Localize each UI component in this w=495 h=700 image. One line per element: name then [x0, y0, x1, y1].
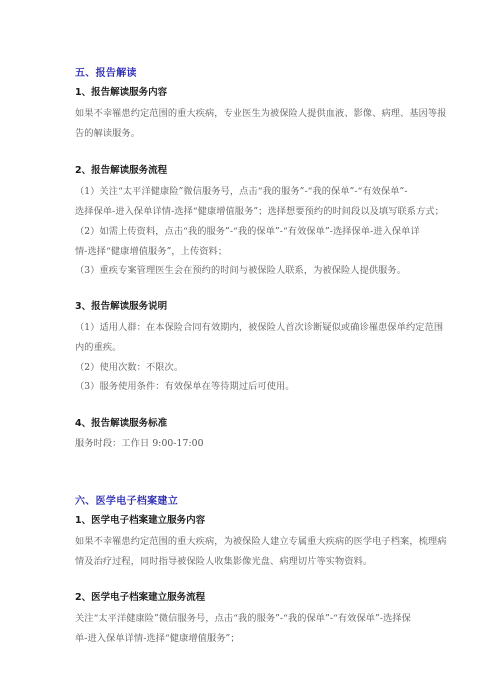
paragraph-line: （3）重疾专案管理医生会在预约的时间与被保险人联系，为被保险人提供服务。	[75, 262, 406, 276]
paragraph-line: （3）服务使用条件：有效保单在等待期过后可使用。	[75, 378, 295, 392]
paragraph-line: 情及治疗过程，同时指导被保险人收集影像光盘、病理切片等实物资料。	[75, 553, 372, 567]
subsection-heading: 3、报告解读服务说明	[75, 298, 167, 312]
section-title: 六、医学电子档案建立	[75, 492, 178, 507]
paragraph-line: （1）关注“太平洋健康险”微信服务号，点击“我的服务”-“我的保单”-“有效保单…	[75, 183, 408, 197]
paragraph-line: 情-选择“健康增值服务”，上传资料；	[75, 243, 227, 257]
subsection-heading: 2、医学电子档案建立服务流程	[75, 589, 205, 603]
paragraph-line: 如果不幸罹患约定范围的重大疾病，专业医生为被保险人提供血液、影像、病理、基因等报	[75, 105, 447, 119]
paragraph-line: （1）适用人群：在本保险合同有效期内，被保险人首次诊断疑似或确诊罹患保单约定范围	[75, 319, 443, 333]
paragraph-line: 关注“太平洋健康险”微信服务号，点击“我的服务”-“我的保单”-“有效保单”-选…	[75, 610, 411, 624]
paragraph-line: （2）使用次数：不限次。	[75, 359, 183, 373]
subsection-heading: 2、报告解读服务流程	[75, 162, 167, 176]
paragraph-line: 告的解读服务。	[75, 125, 140, 139]
paragraph-line: 选择保单-进入保单详情-选择“健康增值服务”；选择想要预约的时间段以及填写联系方…	[75, 203, 444, 217]
paragraph-line: 单-进入保单详情-选择“健康增值服务”；	[75, 630, 240, 644]
paragraph-line: 内的重疾。	[75, 339, 121, 353]
subsection-heading: 1、医学电子档案建立服务内容	[75, 512, 205, 526]
paragraph-line: 服务时段：工作日 9:00-17:00	[75, 435, 204, 449]
subsection-heading: 4、报告解读服务标准	[75, 415, 167, 429]
section-title: 五、报告解读	[75, 64, 137, 79]
paragraph-line: 如果不幸罹患约定范围的重大疾病，为被保险人建立专属重大疾病的医学电子档案，梳理病	[75, 533, 447, 547]
document-page: 五、报告解读 1、报告解读服务内容 如果不幸罹患约定范围的重大疾病，专业医生为被…	[0, 0, 495, 700]
paragraph-line: （2）如需上传资料，点击“我的服务”-“我的保单”-“有效保单”-选择保单-进入…	[75, 223, 420, 237]
subsection-heading: 1、报告解读服务内容	[75, 84, 167, 98]
